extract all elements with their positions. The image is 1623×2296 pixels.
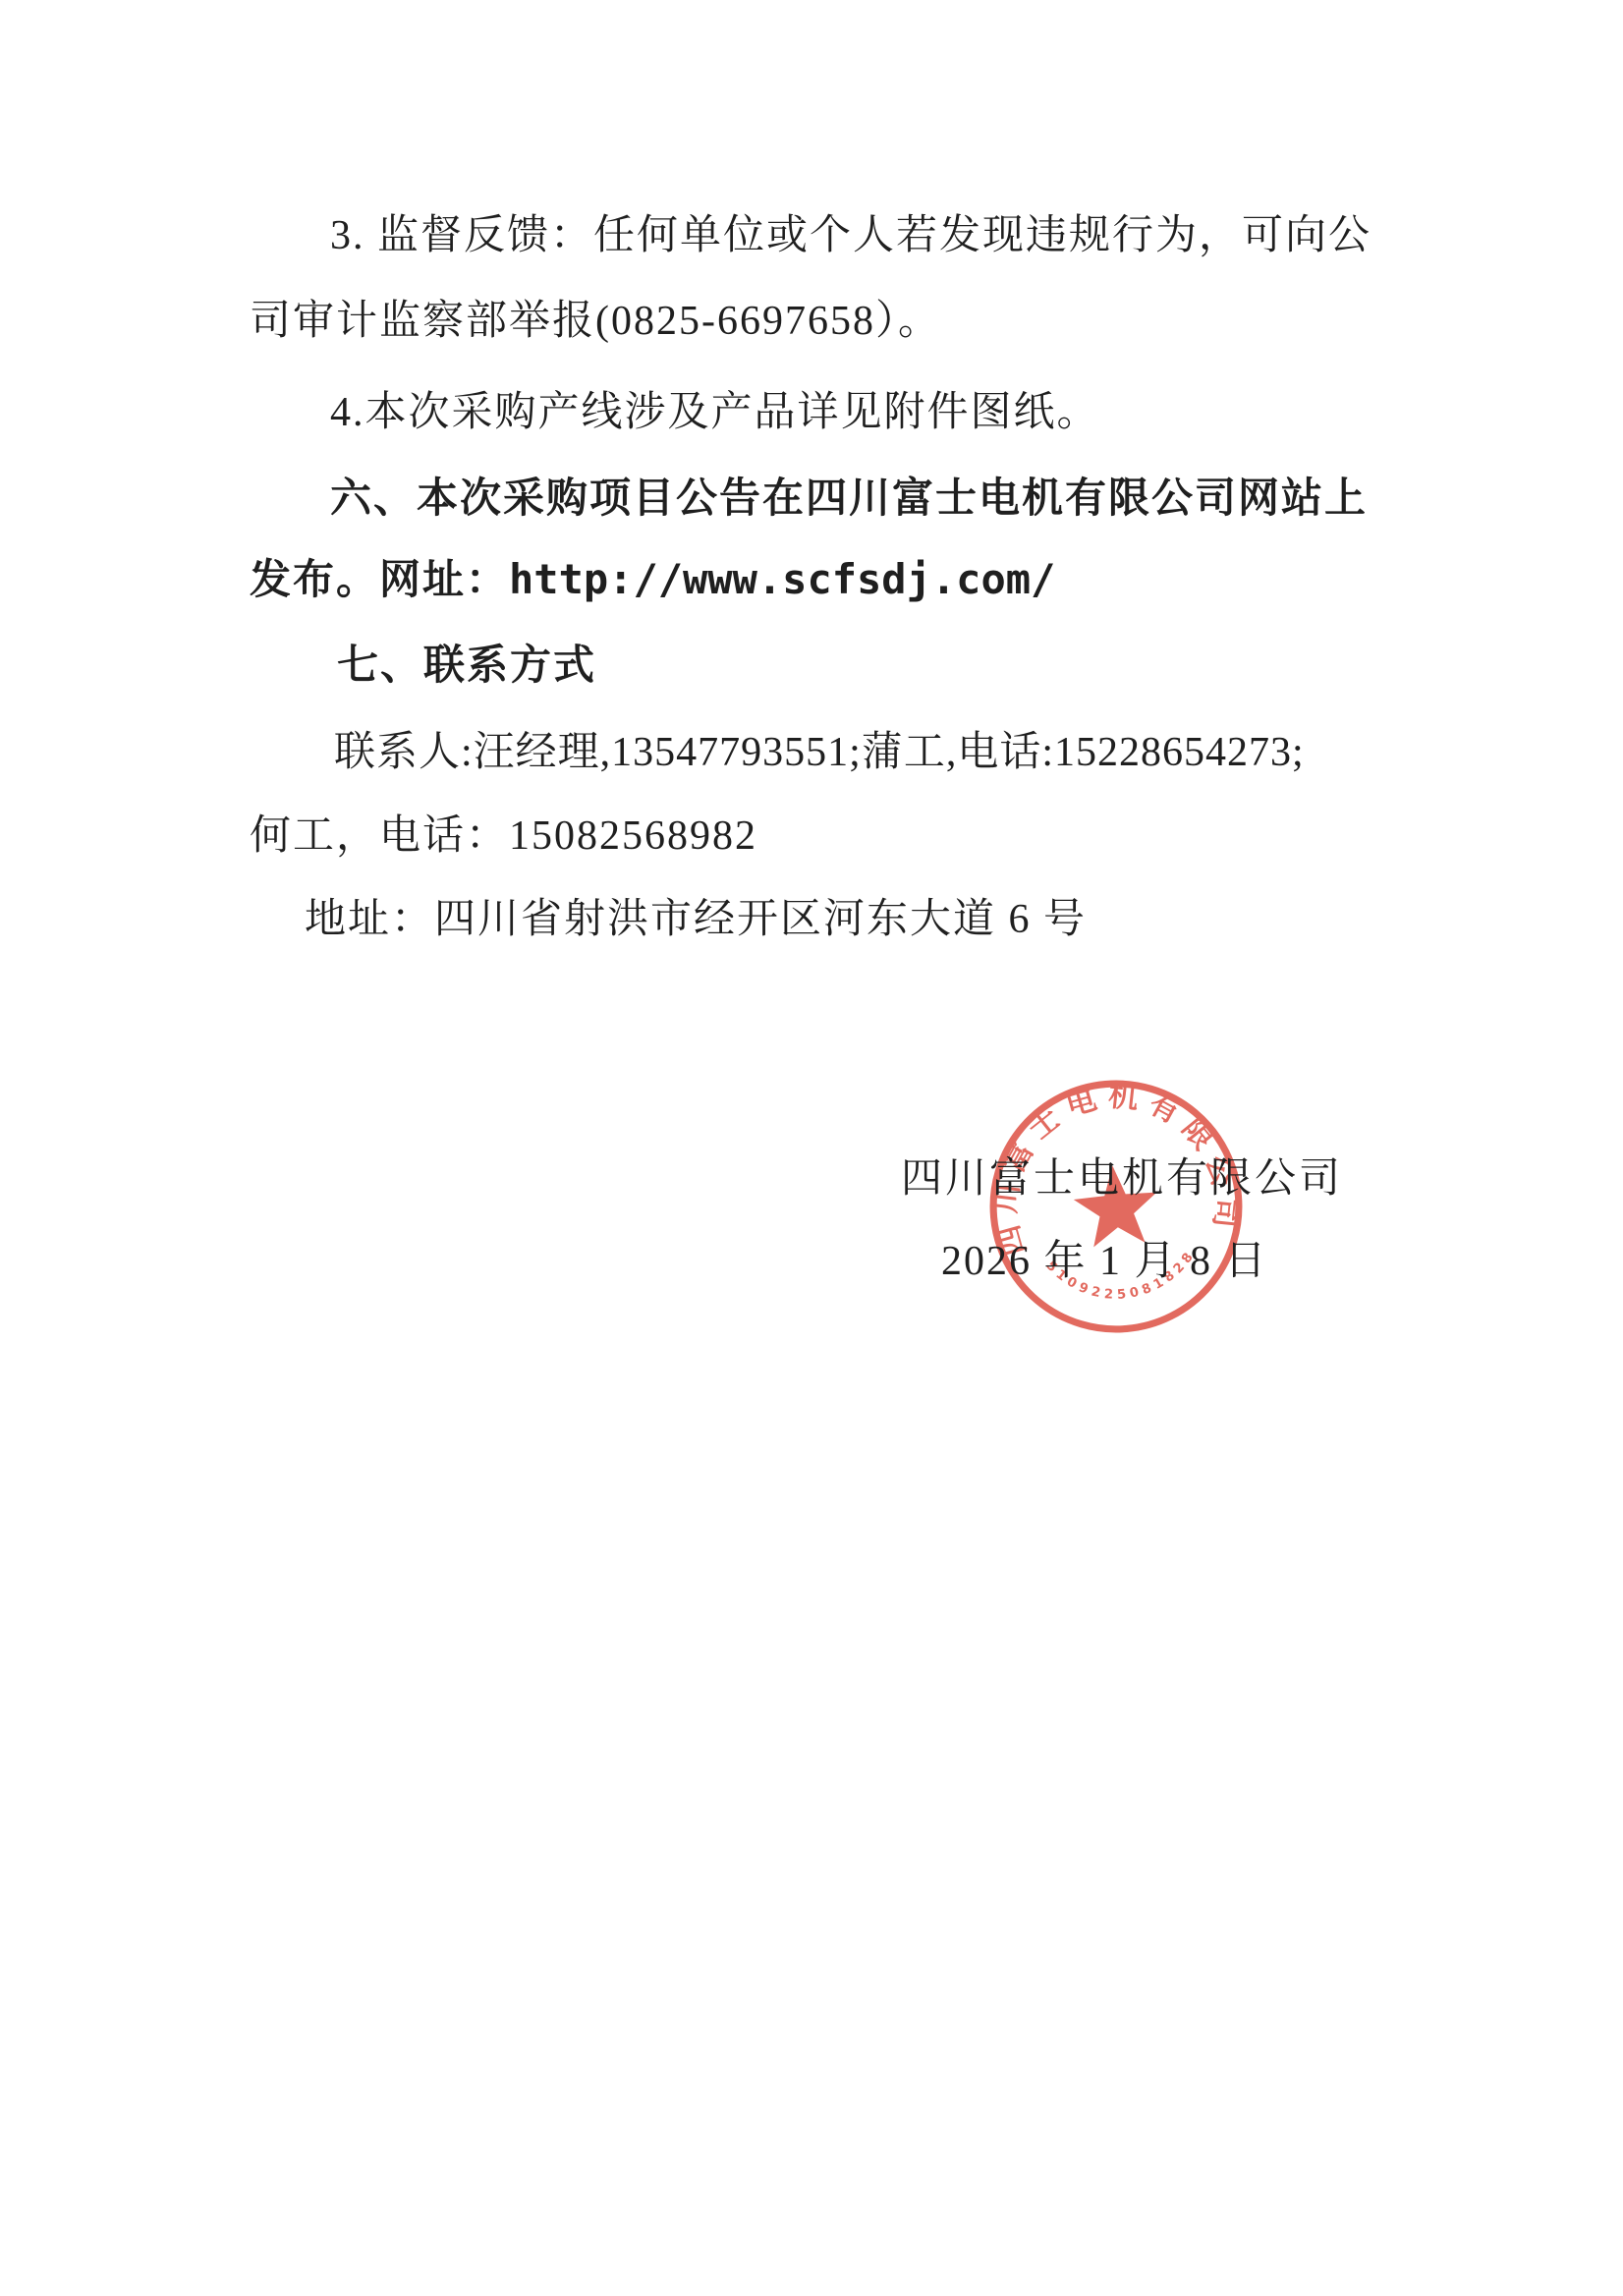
section6-heading-line1: 六、本次采购项目公告在四川富士电机有限公司网站上 [330,475,1368,522]
signature-date: 2026 年 1 月 8 日 [941,1238,1268,1285]
website-url: http://www.scfsdj.com/ [509,555,1055,603]
website-label: 发布。网址： [250,556,509,602]
document-page: 3. 监督反馈：任何单位或个人若发现违规行为，可向公 司审计监察部举报(0825… [0,0,1623,2296]
address-line: 地址：四川省射洪市经开区河东大道 6 号 [305,896,1087,943]
section6-heading-line2: 发布。网址：http://www.scfsdj.com/ [250,556,1055,604]
item4-paragraph: 4.本次采购产线涉及产品详见附件图纸。 [330,389,1100,436]
contact-line2: 何工，电话：15082568982 [250,812,757,860]
section7-heading: 七、联系方式 [337,642,596,689]
contact-line1: 联系人:汪经理,13547793551;蒲工,电话:15228654273; [334,729,1305,776]
company-seal: 四川富士电机有限公司 5109225081828 [976,1066,1257,1347]
supervision-paragraph-line2: 司审计监察部举报(0825-6697658）。 [250,298,941,345]
signature-company-name: 四川富士电机有限公司 [901,1155,1343,1203]
supervision-paragraph-line1: 3. 监督反馈：任何单位或个人若发现违规行为，可向公 [330,212,1371,259]
